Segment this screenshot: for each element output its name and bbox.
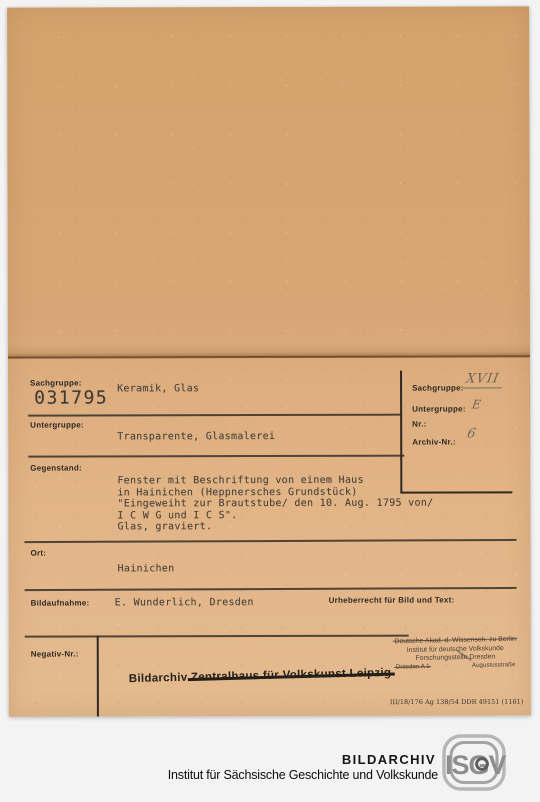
right-box-border-bottom <box>400 491 512 493</box>
right-untergruppe-handwritten: E <box>471 397 483 411</box>
rule-under-sachgruppe <box>28 414 402 417</box>
stamp-dresden-a1: Dresden A 1 <box>396 662 430 671</box>
right-box-border-vertical <box>400 371 403 493</box>
right-sachgruppe-handwritten: XVII <box>463 371 505 388</box>
bildaufnahme-label: Bildaufnahme: <box>31 598 90 607</box>
right-archiv-nr-label: Archiv-Nr.: <box>412 438 456 447</box>
archive-index-card: Sachgruppe: 031795 Keramik, Glas Untergr… <box>7 6 531 716</box>
gegenstand-line: Glas, graviert. <box>117 521 433 533</box>
rule-under-untergruppe <box>28 455 404 458</box>
urheberrecht-label: Urheberrecht für Bild und Text: <box>329 596 455 605</box>
gegenstand-line: Fenster mit Beschriftung von einem Haus <box>117 475 433 487</box>
print-code: III/18/176 Ag 138/54 DDR 49151 (1161) <box>390 697 523 705</box>
stamp-line-address: Dresden A 1 Augustusstraße <box>393 660 518 671</box>
right-archiv-nr-handwritten: 6 <box>466 426 478 441</box>
isgv-logo-icon: ISGV <box>441 733 507 793</box>
gegenstand-description: Fenster mit Beschriftung von einem Haus … <box>117 475 433 534</box>
bildarchiv-word: Bildarchiv <box>129 672 188 685</box>
scanned-archive-card-page: Sachgruppe: 031795 Keramik, Glas Untergr… <box>0 0 540 802</box>
gegenstand-label: Gegenstand: <box>30 463 82 472</box>
rule-under-bildaufnahme <box>25 635 409 638</box>
bildarchiv-org-line: Bildarchiv Zentralhaus für Volkskunst Le… <box>129 667 392 685</box>
struck-organization-name: Zentralhaus für Volkskunst Leipzig <box>191 667 392 684</box>
footer-bildarchiv-title: BILDARCHIV <box>342 752 436 767</box>
gegenstand-line: "Eingeweiht zur Brautstube/ den 10. Aug.… <box>117 498 433 510</box>
institution-stamp: Deutsche Akad. d. Wissensch. zu Berlin I… <box>393 634 518 671</box>
ort-value: Hainichen <box>118 563 175 574</box>
negativ-nr-label: Negativ-Nr.: <box>31 649 79 658</box>
gegenstand-line: I C W G und I C S". <box>117 509 433 521</box>
untergruppe-label: Untergruppe: <box>30 420 84 429</box>
negativ-divider-line <box>97 635 100 716</box>
card-fold-crease <box>8 342 530 357</box>
untergruppe-value: Transparente, Glasmalerei <box>117 431 275 442</box>
rule-under-gegenstand <box>24 539 516 543</box>
sachgruppe-label: Sachgruppe: <box>30 378 82 387</box>
rule-under-ort <box>25 587 517 591</box>
bildaufnahme-value: E. Wunderlich, Dresden <box>115 597 254 608</box>
right-sachgruppe-label: Sachgruppe: <box>412 383 464 392</box>
ort-label: Ort: <box>30 549 46 558</box>
footer-institute-subtitle: Institut für Sächsische Geschichte und V… <box>168 768 438 782</box>
right-nr-label: Nr.: <box>412 420 426 429</box>
right-untergruppe-label: Untergruppe: <box>412 404 466 413</box>
sachgruppe-number-stamp: 031795 <box>34 387 108 408</box>
stamp-strasse: Augustusstraße <box>472 660 516 670</box>
gegenstand-line: in Hainichen (Heppnersches Grundstück) <box>117 486 433 498</box>
sachgruppe-value: Keramik, Glas <box>117 383 199 394</box>
